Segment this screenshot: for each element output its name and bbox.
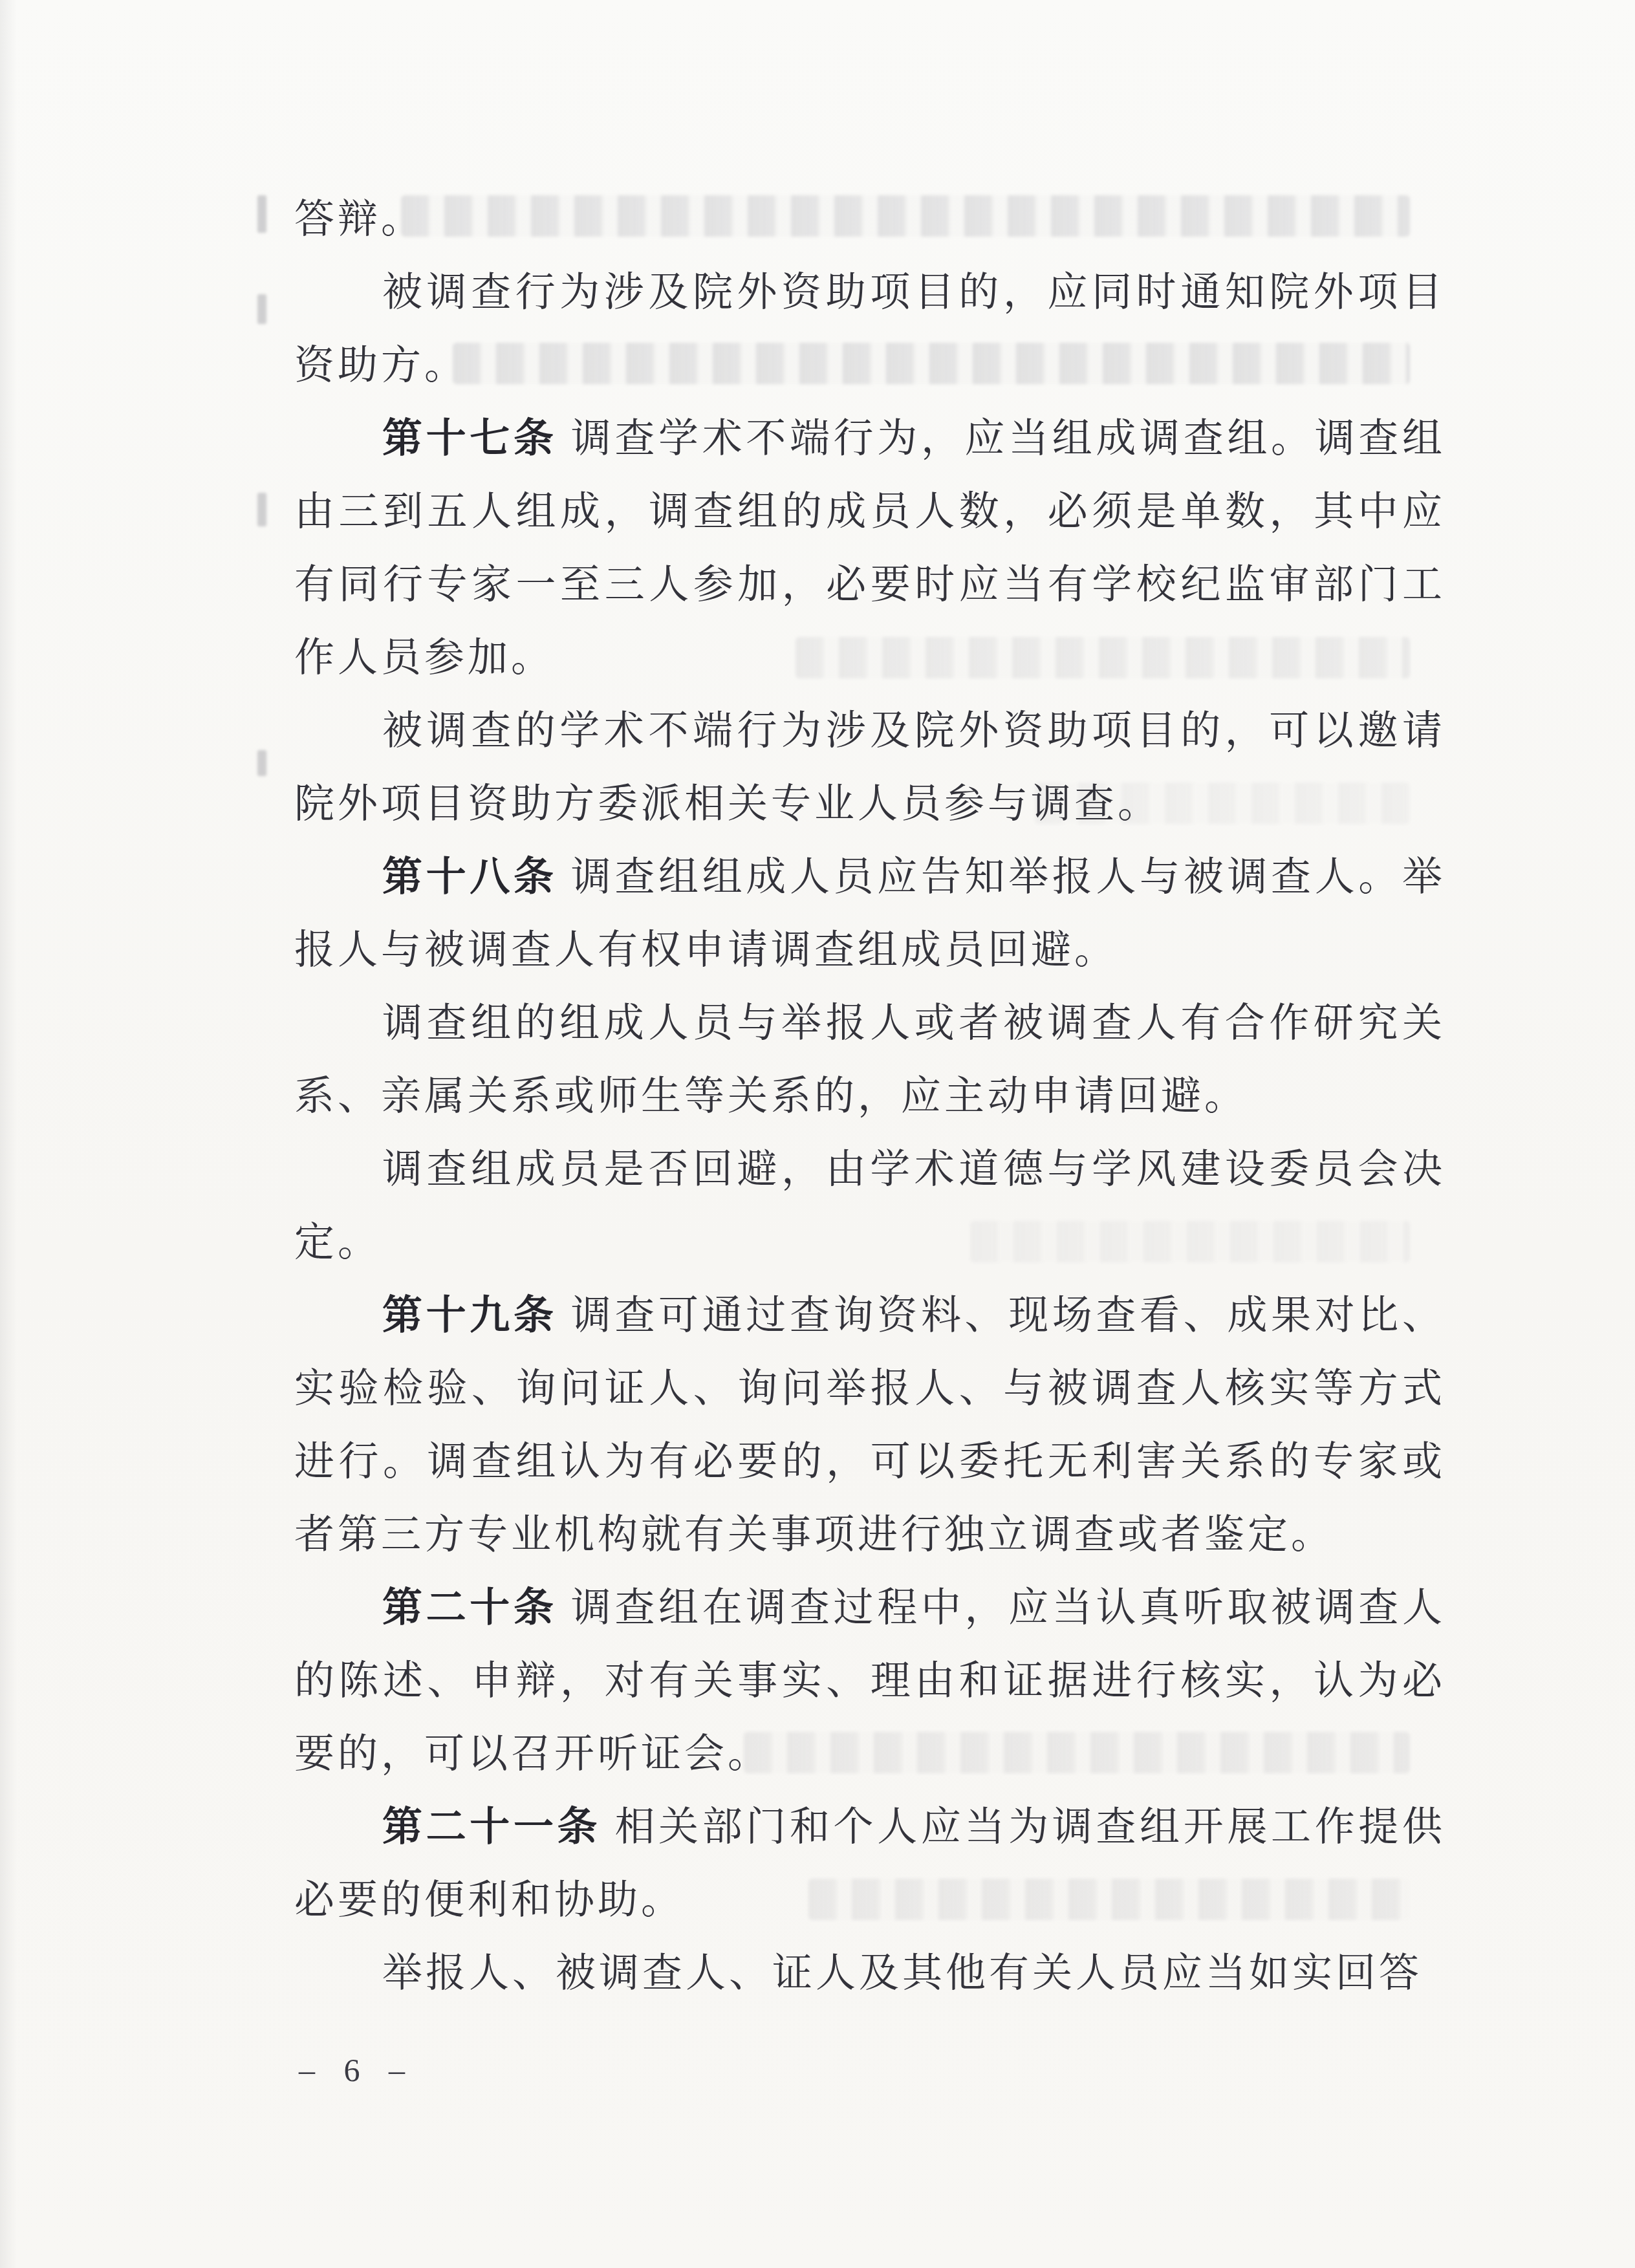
paragraph: 被调查行为涉及院外资助项目的，应同时通知院外项目资助方。: [294, 257, 1446, 403]
article-number: 第十八条: [382, 856, 571, 900]
paragraph: 被调查的学术不端行为涉及院外资助项目的，可以邀请院外项目资助方委派相关专业人员参…: [294, 695, 1446, 841]
paragraph-continuation: 答辩。: [294, 184, 1446, 257]
article-paragraph-21: 第二十一条 相关部门和个人应当为调查组开展工作提供必要的便利和协助。: [294, 1791, 1446, 1938]
paragraph-text: 举报人、被调查人、证人及其他有关人员应当如实回答: [382, 1952, 1422, 1996]
article-number: 第二十一条: [382, 1806, 614, 1850]
document-page: 答辩。 被调查行为涉及院外资助项目的，应同时通知院外项目资助方。 第十七条 调查…: [0, 0, 1635, 2268]
page-number: – 6 –: [299, 2051, 415, 2089]
article-paragraph-20: 第二十条 调查组在调查过程中，应当认真听取被调查人的陈述、申辩，对有关事实、理由…: [294, 1572, 1446, 1791]
paragraph-continues-next-page: 举报人、被调查人、证人及其他有关人员应当如实回答: [294, 1938, 1446, 2011]
paragraph: 调查组成员是否回避，由学术道德与学风建设委员会决定。: [294, 1134, 1446, 1280]
paragraph: 调查组的组成人员与举报人或者被调查人有合作研究关系、亲属关系或师生等关系的，应主…: [294, 988, 1446, 1134]
article-number: 第二十条: [382, 1586, 571, 1630]
article-paragraph-19: 第十九条 调查可通过查询资料、现场查看、成果对比、实验检验、询问证人、询问举报人…: [294, 1280, 1446, 1572]
scan-smudge: [257, 750, 266, 776]
article-number: 第十七条: [382, 417, 571, 461]
article-number: 第十九条: [382, 1294, 571, 1338]
paragraph-text: 调查组成员是否回避，由学术道德与学风建设委员会决定。: [294, 1148, 1446, 1265]
article-paragraph-17: 第十七条 调查学术不端行为，应当组成调查组。调查组由三到五人组成，调查组的成员人…: [294, 403, 1446, 695]
paragraph-text: 被调查的学术不端行为涉及院外资助项目的，可以邀请院外项目资助方委派相关专业人员参…: [294, 709, 1446, 826]
scan-smudge: [257, 493, 266, 526]
paragraph-text: 答辩。: [294, 198, 424, 242]
paragraph-text: 被调查行为涉及院外资助项目的，应同时通知院外项目资助方。: [294, 271, 1446, 388]
document-body: 答辩。 被调查行为涉及院外资助项目的，应同时通知院外项目资助方。 第十七条 调查…: [294, 184, 1446, 2011]
paragraph-text: 调查组的组成人员与举报人或者被调查人有合作研究关系、亲属关系或师生等关系的，应主…: [294, 1002, 1446, 1119]
scan-smudge: [257, 195, 266, 233]
scan-smudge: [257, 294, 266, 324]
article-paragraph-18: 第十八条 调查组组成人员应告知举报人与被调查人。举报人与被调查人有权申请调查组成…: [294, 841, 1446, 988]
